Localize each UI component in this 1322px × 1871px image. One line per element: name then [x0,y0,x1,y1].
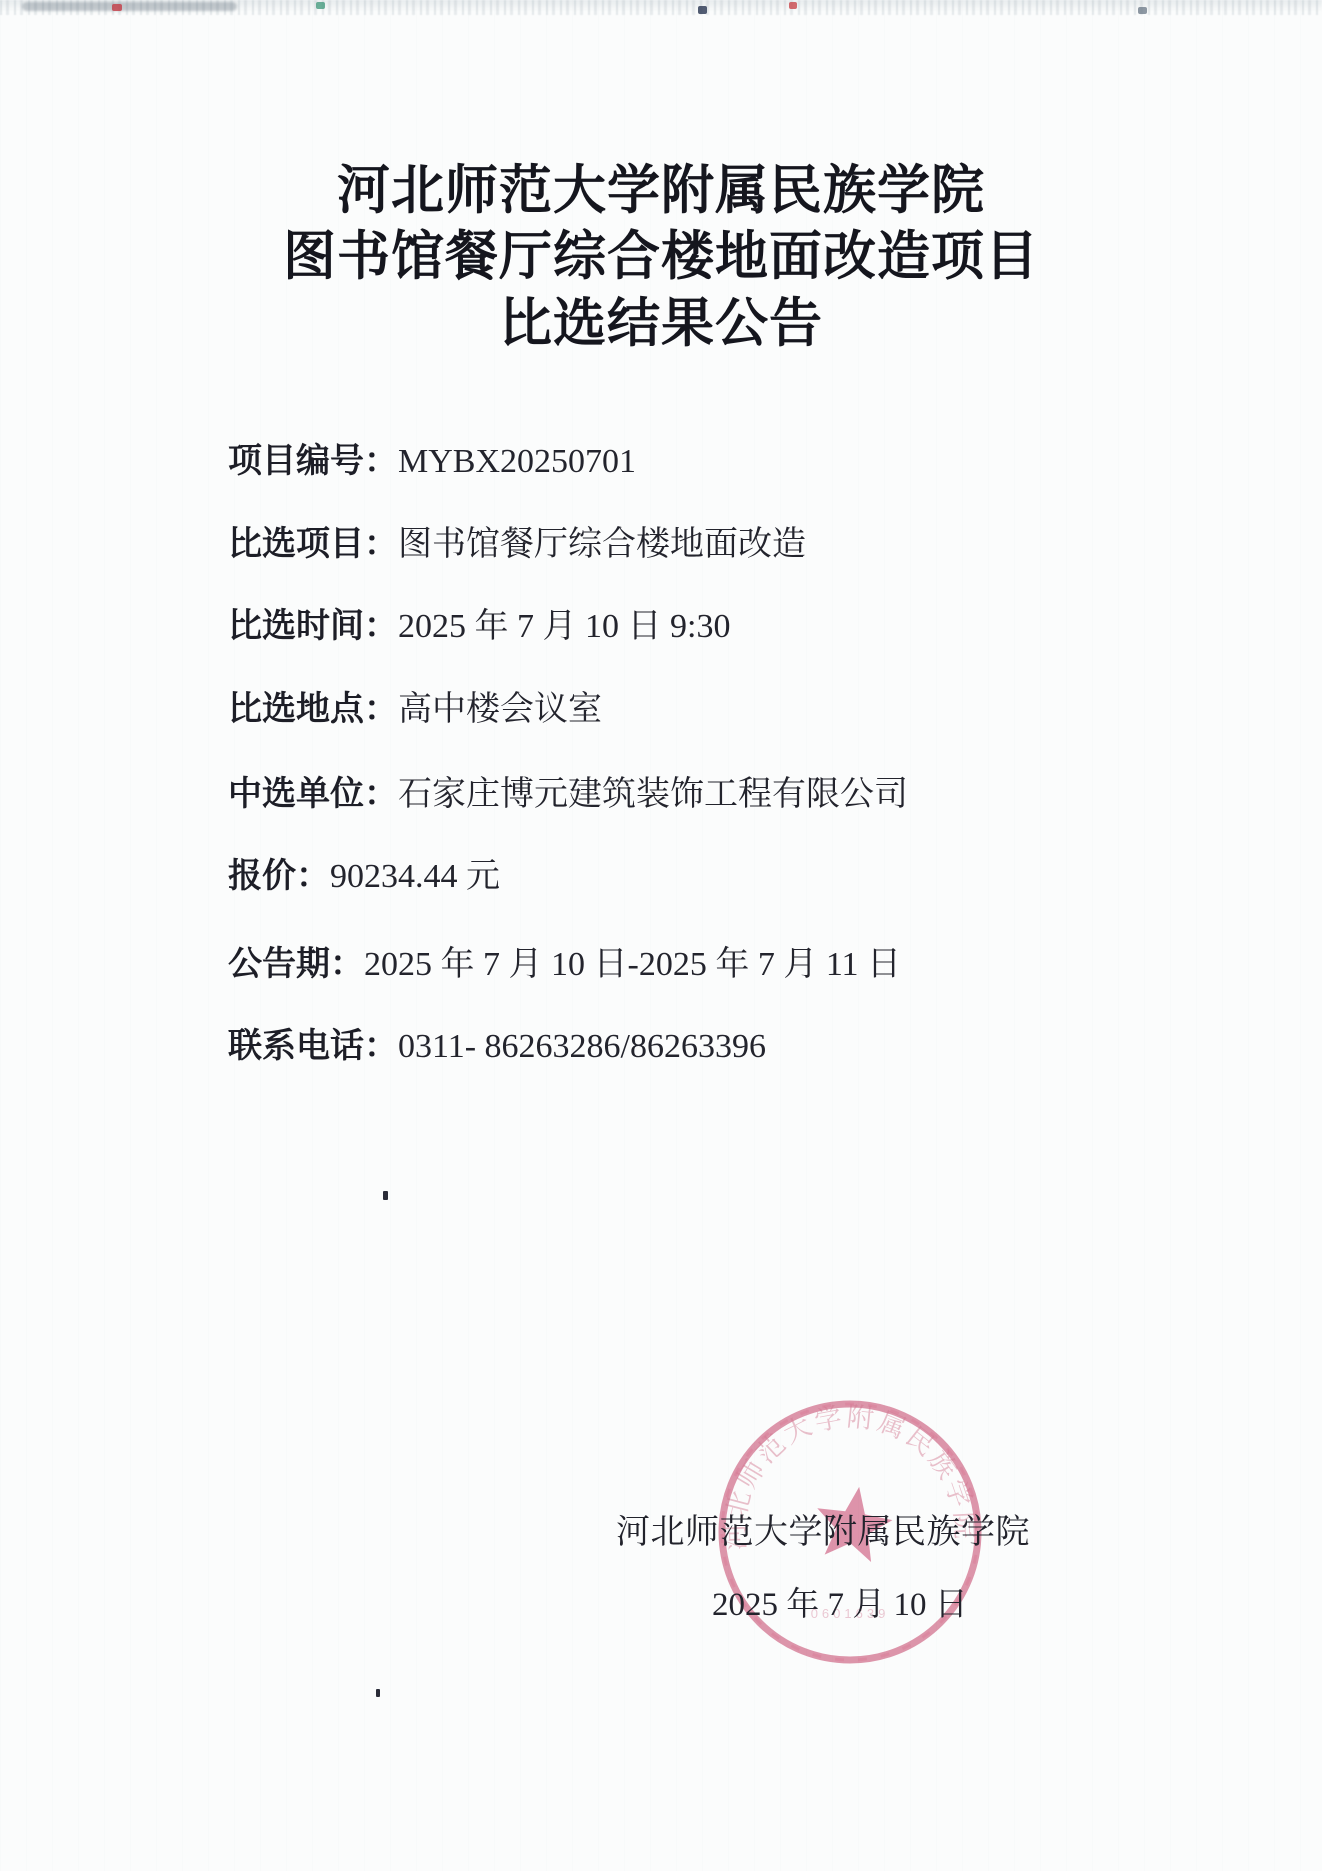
signature-organization: 河北师范大学附属民族学院 [616,1504,1030,1553]
document-title-line-1: 河北师范大学附属民族学院 [0,148,1322,224]
scan-speck [112,4,122,11]
field-label: 公告期： [228,945,364,983]
scan-noise-squiggle [22,2,237,11]
field-value: 高中楼会议室 [398,691,602,728]
field-value: 图书馆餐厅综合楼地面改造 [398,526,806,563]
field-row-winning-bidder: 中选单位：石家庄博元建筑装饰工程有限公司 [228,766,908,815]
field-value: 石家庄博元建筑装饰工程有限公司 [398,776,908,813]
scan-speck [698,6,707,14]
field-value: 2025 年 7 月 10 日-2025 年 7 月 11 日 [364,946,901,983]
document-title-line-3: 比选结果公告 [0,281,1322,357]
scan-speck [789,2,797,9]
field-row-selection-location: 比选地点：高中楼会议室 [228,681,602,730]
field-row-project-name: 比选项目：图书馆餐厅综合楼地面改造 [228,516,806,565]
document-title-line-2: 图书馆餐厅综合楼地面改造项目 [0,214,1322,290]
field-row-project-number: 项目编号：MYBX20250701 [228,433,636,482]
field-label: 比选时间： [228,607,398,645]
field-row-contact-phone: 联系电话：0311- 86263286/86263396 [228,1018,766,1067]
field-label: 中选单位： [228,775,398,813]
field-label: 联系电话： [228,1027,398,1065]
field-value: MYBX20250701 [398,443,636,480]
field-value: 2025 年 7 月 10 日 9:30 [398,608,730,645]
scan-speck [1138,7,1147,14]
ink-speck [376,1689,380,1697]
field-label: 报价： [228,857,330,895]
field-row-announcement-period: 公告期：2025 年 7 月 10 日-2025 年 7 月 11 日 [228,936,901,985]
signature-date: 2025 年 7 月 10 日 [712,1578,968,1625]
field-label: 项目编号： [228,442,398,480]
scan-speck [316,2,325,9]
field-value: 0311- 86263286/86263396 [398,1028,766,1065]
field-label: 比选地点： [228,690,398,728]
field-row-selection-time: 比选时间：2025 年 7 月 10 日 9:30 [228,598,730,647]
field-value: 90234.44 元 [330,858,500,895]
document-page: 河北师范大学附属民族学院 图书馆餐厅综合楼地面改造项目 比选结果公告 项目编号：… [0,0,1322,1871]
ink-speck [383,1191,388,1200]
field-label: 比选项目： [228,525,398,563]
field-row-price: 报价：90234.44 元 [228,848,500,897]
